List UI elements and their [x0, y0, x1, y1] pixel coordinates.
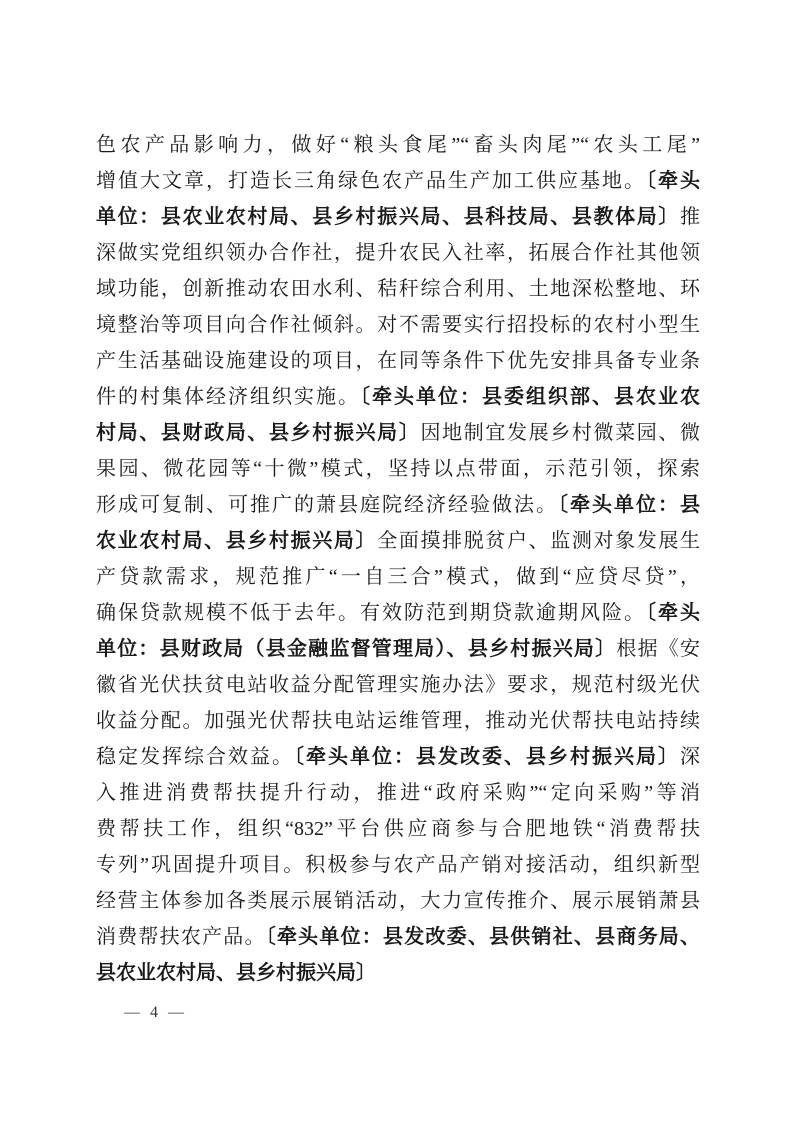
text-line: 稳定发挥综合效益。〔牵头单位：县发改委、县乡村振兴局〕深	[96, 739, 700, 775]
text-segment: 经营主体参加各类展示展销活动，大力宣传推介、展示展销萧县	[96, 890, 700, 912]
text-segment: 形成可复制、可推广的萧县庭院经济经验做法。	[96, 494, 558, 516]
text-line: 果园、微花园等“十微”模式，坚持以点带面，示范引领，探索	[96, 451, 700, 487]
text-line: 产贷款需求，规范推广“一自三合”模式，做到“应贷尽贷”，	[96, 559, 700, 595]
text-segment: 全面摸排脱贫户、监测对象发展生	[377, 530, 700, 552]
text-segment: 根据《安	[616, 638, 700, 660]
text-line: 县农业农村局、县乡村振兴局〕	[96, 955, 700, 991]
text-line: 产生活基础设施建设的项目，在同等条件下优先安排具备专业条	[96, 343, 700, 379]
text-segment: 收益分配。加强光伏帮扶电站运维管理，推动光伏帮扶电站持续	[96, 710, 700, 732]
text-line: 费帮扶工作，组织“832”平台供应商参与合肥地铁“消费帮扶	[96, 811, 700, 847]
text-segment: 产贷款需求，规范推广“一自三合”模式，做到“应贷尽贷”，	[96, 566, 700, 588]
text-line: 入推进消费帮扶提升行动，推进“政府采购”“定向采购”等消	[96, 775, 700, 811]
text-segment: 深做实党组织领办合作社，提升农民入社率，拓展合作社其他领	[96, 242, 700, 264]
text-line: 村局、县财政局、县乡村振兴局〕因地制宜发展乡村微菜园、微	[96, 415, 700, 451]
text-segment: 件的村集体经济组织实施。	[96, 386, 360, 408]
text-line: 件的村集体经济组织实施。〔牵头单位：县委组织部、县农业农	[96, 379, 700, 415]
lead-unit-bold-segment: 单位：县财政局（县金融监督管理局）、县乡村振兴局〕	[96, 638, 616, 660]
lead-unit-bold-segment: 〔牵头单位：县委组织部、县农业农	[360, 386, 700, 408]
text-line: 域功能，创新推动农田水利、秸秆综合利用、土地深松整地、环	[96, 271, 700, 307]
text-line: 深做实党组织领办合作社，提升农民入社率，拓展合作社其他领	[96, 235, 700, 271]
text-line: 徽省光伏扶贫电站收益分配管理实施办法》要求，规范村级光伏	[96, 667, 700, 703]
text-segment: 增值大文章，打造长三角绿色农产品生产加工供应基地。	[96, 170, 646, 192]
text-line: 专列”巩固提升项目。积极参与农产品产销对接活动，组织新型	[96, 847, 700, 883]
text-segment: 深	[680, 746, 700, 768]
text-segment: 因地制宜发展乡村微菜园、微	[420, 422, 700, 444]
text-line: 消费帮扶农产品。〔牵头单位：县发改委、县供销社、县商务局、	[96, 919, 700, 955]
text-line: 确保贷款规模不低于去年。有效防范到期贷款逾期风险。〔牵头	[96, 595, 700, 631]
text-segment: 产生活基础设施建设的项目，在同等条件下优先安排具备专业条	[96, 350, 700, 372]
text-line: 单位：县财政局（县金融监督管理局）、县乡村振兴局〕根据《安	[96, 631, 700, 667]
text-segment: 徽省光伏扶贫电站收益分配管理实施办法》要求，规范村级光伏	[96, 674, 700, 696]
lead-unit-bold-segment: 县农业农村局、县乡村振兴局〕	[96, 962, 376, 984]
text-segment: 确保贷款规模不低于去年。有效防范到期贷款逾期风险。	[96, 602, 646, 624]
text-segment: 果园、微花园等“十微”模式，坚持以点带面，示范引领，探索	[96, 458, 700, 480]
text-segment: 色农产品影响力，做好“粮头食尾”“畜头肉尾”“农头工尾”	[96, 134, 700, 156]
body-text: 色农产品影响力，做好“粮头食尾”“畜头肉尾”“农头工尾” 增值大文章，打造长三角…	[96, 127, 700, 991]
lead-unit-bold-segment: 单位：县农业农村局、县乡村振兴局、县科技局、县教体局〕	[96, 206, 680, 228]
text-segment: 消费帮扶农产品。	[96, 926, 266, 948]
lead-unit-bold-segment: 农业农村局、县乡村振兴局〕	[96, 530, 377, 552]
text-segment: 境整治等项目向合作社倾斜。对不需要实行招投标的农村小型生	[96, 314, 700, 336]
text-segment: 域功能，创新推动农田水利、秸秆综合利用、土地深松整地、环	[96, 278, 700, 300]
text-segment: 费帮扶工作，组织“832”平台供应商参与合肥地铁“消费帮扶	[96, 818, 700, 840]
text-line: 增值大文章，打造长三角绿色农产品生产加工供应基地。〔牵头	[96, 163, 700, 199]
page-number: — 4 —	[124, 1004, 187, 1022]
text-segment: 专列”巩固提升项目。积极参与农产品产销对接活动，组织新型	[96, 854, 700, 876]
text-line: 农业农村局、县乡村振兴局〕全面摸排脱贫户、监测对象发展生	[96, 523, 700, 559]
lead-unit-bold-segment: 〔牵头	[646, 602, 700, 624]
lead-unit-bold-segment: 〔牵头单位：县发改委、县乡村振兴局〕	[294, 746, 680, 768]
lead-unit-bold-segment: 〔牵头	[646, 170, 700, 192]
text-line: 境整治等项目向合作社倾斜。对不需要实行招投标的农村小型生	[96, 307, 700, 343]
text-segment: 入推进消费帮扶提升行动，推进“政府采购”“定向采购”等消	[96, 782, 700, 804]
lead-unit-bold-segment: 〔牵头单位：县	[558, 494, 700, 516]
lead-unit-bold-segment: 〔牵头单位：县发改委、县供销社、县商务局、	[266, 926, 700, 948]
text-line: 形成可复制、可推广的萧县庭院经济经验做法。〔牵头单位：县	[96, 487, 700, 523]
lead-unit-bold-segment: 村局、县财政局、县乡村振兴局〕	[96, 422, 420, 444]
text-segment: 稳定发挥综合效益。	[96, 746, 294, 768]
document-page: 色农产品影响力，做好“粮头食尾”“畜头肉尾”“农头工尾” 增值大文章，打造长三角…	[0, 0, 793, 1122]
text-line: 收益分配。加强光伏帮扶电站运维管理，推动光伏帮扶电站持续	[96, 703, 700, 739]
text-line: 单位：县农业农村局、县乡村振兴局、县科技局、县教体局〕推	[96, 199, 700, 235]
text-line: 色农产品影响力，做好“粮头食尾”“畜头肉尾”“农头工尾”	[96, 127, 700, 163]
text-segment: 推	[680, 206, 700, 228]
text-line: 经营主体参加各类展示展销活动，大力宣传推介、展示展销萧县	[96, 883, 700, 919]
